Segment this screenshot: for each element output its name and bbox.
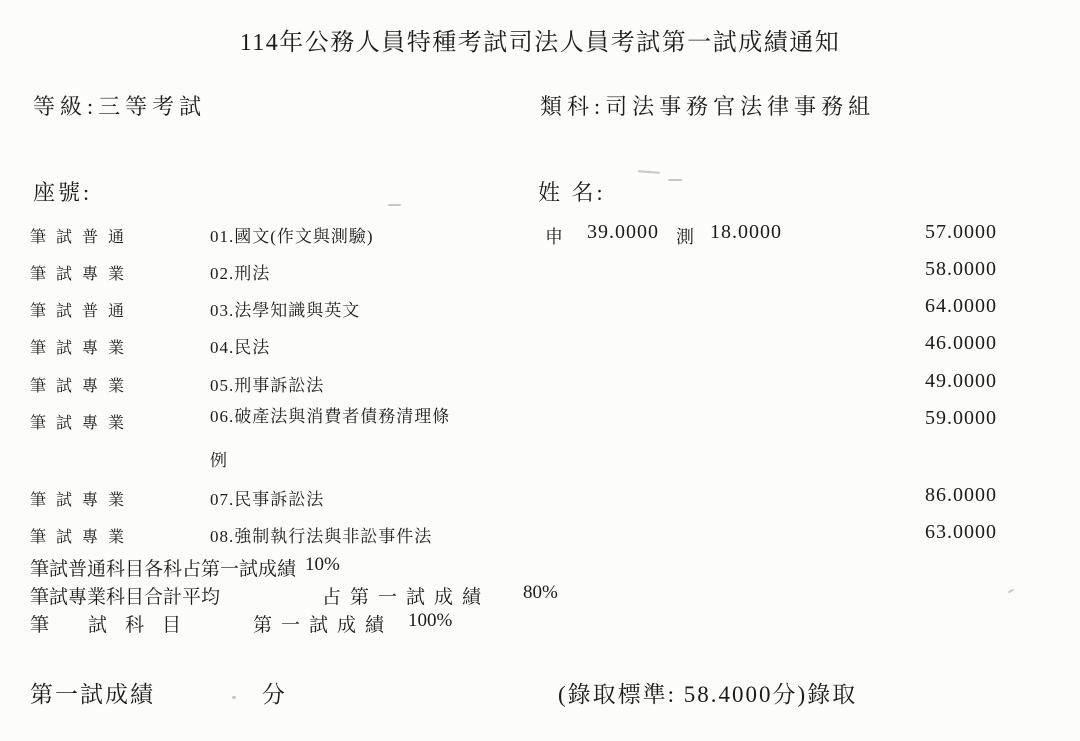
- row-category: 筆試專業: [30, 335, 134, 358]
- essay-score-value: 39.0000: [587, 221, 659, 244]
- scan-artifact: [388, 204, 401, 206]
- result-unit: 分: [262, 676, 287, 709]
- result-line: 第一試成績 分 (錄取標準: 58.4000分)錄取: [0, 676, 1080, 702]
- row-subject: 06.破產法與消費者債務清理條例: [210, 395, 458, 483]
- row-score: 86.0000: [925, 484, 997, 507]
- row-score: 57.0000: [925, 221, 997, 244]
- table-row: 筆試專業 08.強制執行法與非訟事件法 63.0000: [0, 522, 1080, 548]
- test-score-value: 18.0000: [710, 221, 782, 244]
- row-category: 筆試普通: [30, 224, 134, 247]
- table-row: 筆試專業 05.刑事訴訟法 49.0000: [0, 371, 1080, 397]
- weight-text: 筆試專業科目合計平均: [30, 582, 220, 609]
- table-row: 筆試普通 03.法學知識與英文 64.0000: [0, 296, 1080, 322]
- test-score-label: 測: [676, 223, 694, 249]
- row-subject: 01.國文(作文與測驗): [210, 222, 374, 247]
- row-score: 64.0000: [925, 295, 997, 318]
- weight-value: 10%: [305, 554, 340, 576]
- weight-text-a: 筆: [30, 610, 49, 637]
- weight-value: 100%: [408, 610, 452, 632]
- doc-title: 114年公務人員特種考試司法人員考試第一試成績通知: [0, 22, 1080, 57]
- result-label: 第一試成績: [30, 676, 155, 709]
- row-score: 63.0000: [925, 521, 997, 544]
- scan-artifact: [638, 170, 660, 174]
- weight-value: 80%: [523, 582, 558, 604]
- row-score: 59.0000: [925, 407, 997, 430]
- seat-number-label: 座號:: [33, 176, 92, 207]
- weight-mid: 占第一試成績: [322, 582, 490, 609]
- name-label: 姓 名:: [538, 176, 606, 207]
- table-row: 筆試專業 02.刑法 58.0000: [0, 259, 1080, 285]
- scan-artifact: [232, 696, 236, 699]
- weight-text-b: 試科目: [88, 610, 199, 637]
- row-subject: 04.民法: [210, 333, 270, 358]
- scan-artifact: [668, 179, 682, 181]
- row-subject: 03.法學知識與英文: [210, 296, 360, 321]
- row-category: 筆試專業: [30, 261, 134, 284]
- weight-mid: 第一試成績: [253, 610, 393, 637]
- table-row: 筆試普通 01.國文(作文與測驗) 申 39.0000 測 18.0000 57…: [0, 222, 1080, 248]
- admission-status: (錄取標準: 58.4000分)錄取: [558, 676, 857, 709]
- table-row: 筆試專業 06.破產法與消費者債務清理條例 59.0000: [0, 408, 1080, 434]
- essay-score-label: 申: [545, 223, 563, 249]
- weight-line-total: 筆 試科目 第一試成績 100%: [0, 610, 1080, 636]
- row-category: 筆試專業: [30, 410, 134, 433]
- row-category: 筆試專業: [30, 487, 134, 510]
- weight-line-professional: 筆試專業科目合計平均 占第一試成績 80%: [0, 582, 1080, 608]
- row-score: 49.0000: [925, 370, 997, 393]
- row-subject: 05.刑事訴訟法: [210, 371, 324, 396]
- score-notice-page: 114年公務人員特種考試司法人員考試第一試成績通知 等級:三等考試 類科:司法事…: [0, 0, 1080, 741]
- table-row: 筆試專業 07.民事訴訟法 86.0000: [0, 485, 1080, 511]
- weight-line-general: 筆試普通科目各科占第一試成績 10%: [0, 554, 1080, 580]
- row-subject: 07.民事訴訟法: [210, 485, 324, 510]
- row-score: 58.0000: [925, 258, 997, 281]
- row-subject: 02.刑法: [210, 259, 270, 284]
- row-category: 筆試專業: [30, 524, 134, 547]
- row-score: 46.0000: [925, 332, 997, 355]
- grade-field: 等級:三等考試: [33, 90, 206, 121]
- category-field: 類科:司法事務官法律事務組: [540, 90, 875, 121]
- table-row: 筆試專業 04.民法 46.0000: [0, 333, 1080, 359]
- row-category: 筆試普通: [30, 298, 134, 321]
- weight-text: 筆試普通科目各科占第一試成績: [30, 554, 296, 581]
- row-category: 筆試專業: [30, 373, 134, 396]
- row-subject: 08.強制執行法與非訟事件法: [210, 522, 432, 547]
